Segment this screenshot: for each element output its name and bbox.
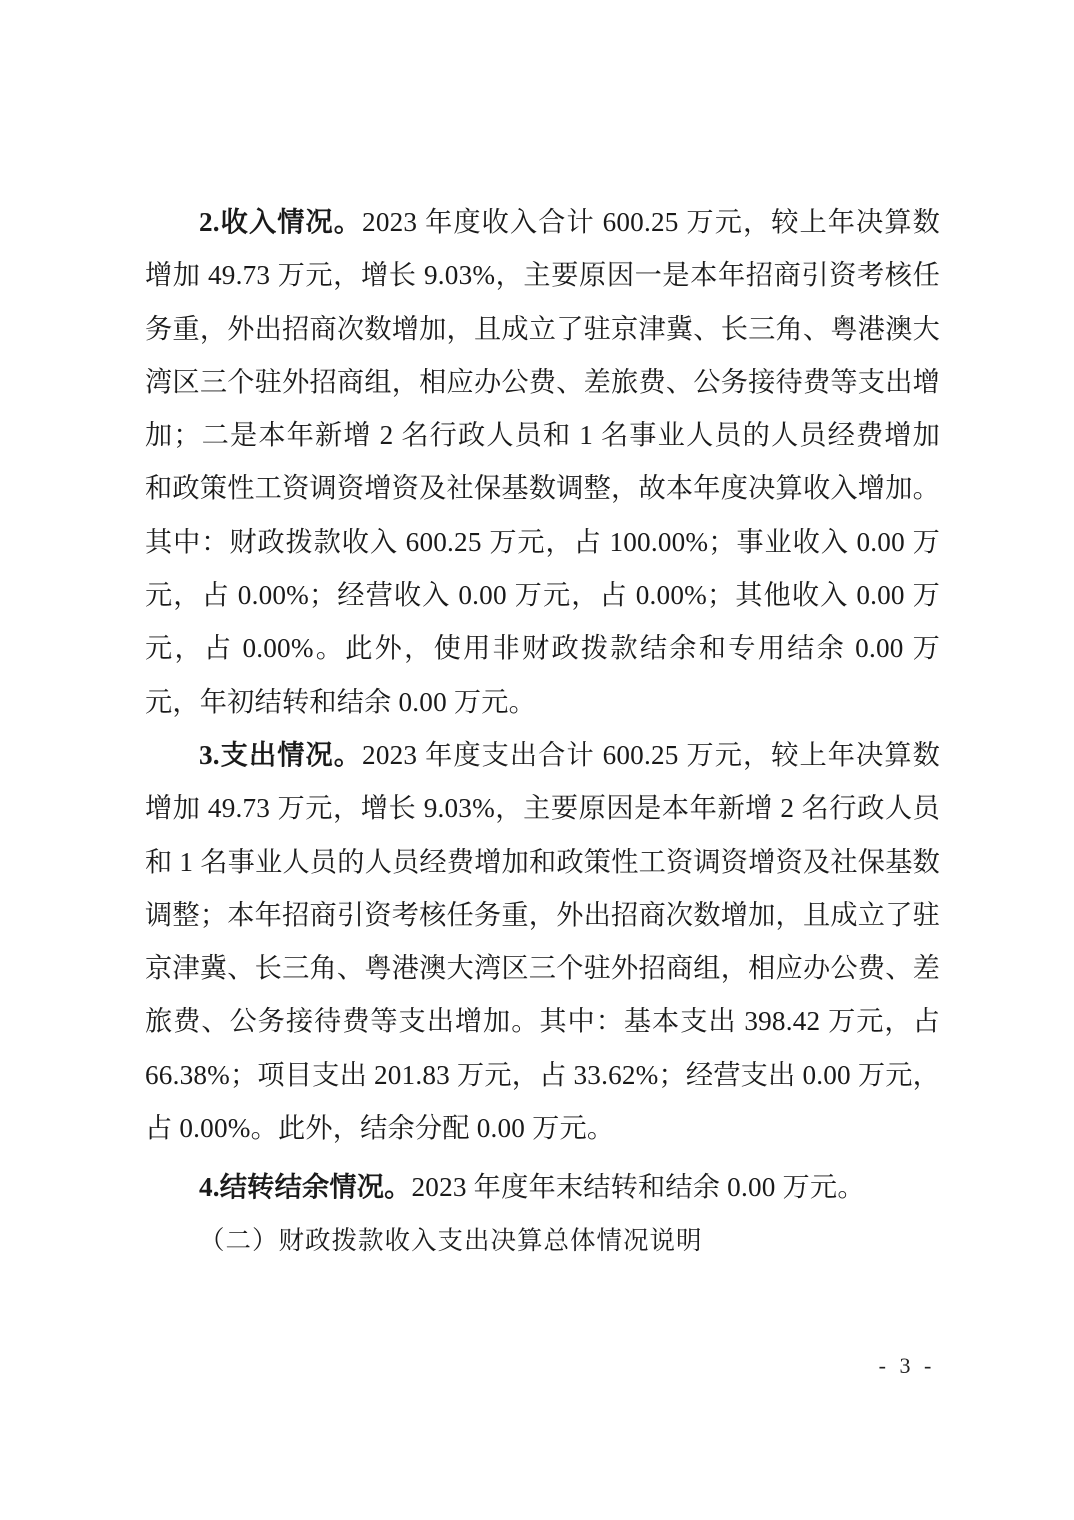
paragraph-carryover: 4.结转结余情况。2023 年度年末结转和结余 0.00 万元。 (145, 1161, 940, 1214)
text-expenditure: 2023 年度支出合计 600.25 万元，较上年决算数增加 49.73 万元，… (145, 740, 940, 1143)
subsection-heading: （二）财政拨款收入支出决算总体情况说明 (145, 1215, 940, 1268)
paragraph-income: 2.收入情况。2023 年度收入合计 600.25 万元，较上年决算数增加 49… (145, 196, 940, 729)
page-number: - 3 - (872, 1353, 942, 1379)
document-page: 2.收入情况。2023 年度收入合计 600.25 万元，较上年决算数增加 49… (0, 0, 1074, 1520)
text-income: 2023 年度收入合计 600.25 万元，较上年决算数增加 49.73 万元，… (145, 207, 940, 717)
heading-income: 2.收入情况。 (199, 207, 362, 237)
paragraph-expenditure: 3.支出情况。2023 年度支出合计 600.25 万元，较上年决算数增加 49… (145, 729, 940, 1155)
heading-carryover: 4.结转结余情况。 (199, 1172, 412, 1202)
text-carryover: 2023 年度年末结转和结余 0.00 万元。 (412, 1172, 865, 1202)
heading-expenditure: 3.支出情况。 (199, 740, 362, 770)
document-body: 2.收入情况。2023 年度收入合计 600.25 万元，较上年决算数增加 49… (145, 196, 940, 1268)
